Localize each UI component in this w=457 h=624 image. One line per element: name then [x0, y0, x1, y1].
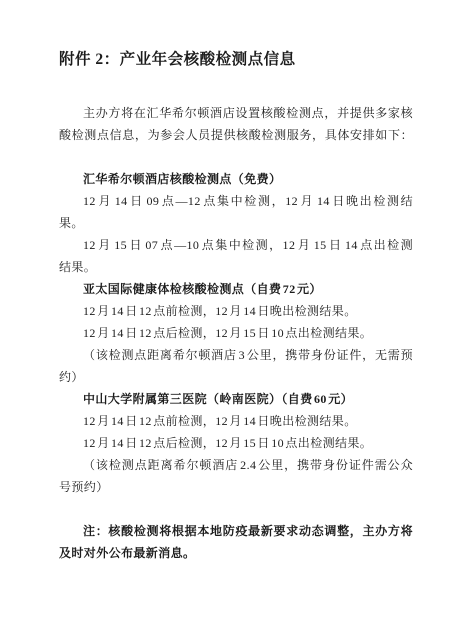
section-line: 12 月 14 日 09 点—12 点集中检测，12 月 14 日晚出检测结: [59, 190, 413, 212]
section-line: 约）: [59, 366, 413, 388]
scanned-document-page: 附件 2：产业年会核酸检测点信息 主办方将在汇华希尔顿酒店设置核酸检测点，并提供…: [0, 0, 457, 624]
section-line: 果。: [59, 212, 413, 234]
intro-line-1: 主办方将在汇华希尔顿酒店设置核酸检测点，并提供多家核: [59, 102, 413, 124]
section-line: 号预约）: [59, 476, 413, 498]
section-line: 12 月 14 日 12 点前检测，12 月 14 日晚出检测结果。: [59, 300, 413, 322]
document-title: 附件 2：产业年会核酸检测点信息: [59, 49, 413, 71]
section-heading: 中山大学附属第三医院（岭南医院）（自费 60 元）: [59, 388, 413, 410]
note-line-2: 及时对外公布最新消息。: [59, 542, 413, 564]
section-line: 12 月 14 日 12 点后检测，12 月 15 日 10 点出检测结果。: [59, 322, 413, 344]
note-paragraph: 注：核酸检测将根据本地防疫最新要求动态调整，主办方将 及时对外公布最新消息。: [59, 520, 413, 564]
section-line: 结果。: [59, 256, 413, 278]
intro-paragraph: 主办方将在汇华希尔顿酒店设置核酸检测点，并提供多家核 酸检测点信息，为参会人员提…: [59, 102, 413, 146]
section-line: （该检测点距离希尔顿酒店 3 公里，携带身份证件，无需预: [59, 344, 413, 366]
section-yatai-health-testing-point: 亚太国际健康体检核酸检测点（自费 72 元） 12 月 14 日 12 点前检测…: [59, 278, 413, 388]
intro-line-2: 酸检测点信息，为参会人员提供核酸检测服务，具体安排如下：: [59, 124, 413, 146]
section-zhongshan-hospital-testing-point: 中山大学附属第三医院（岭南医院）（自费 60 元） 12 月 14 日 12 点…: [59, 388, 413, 498]
section-line: 12 月 15 日 07 点—10 点集中检测，12 月 15 日 14 点出检…: [59, 234, 413, 256]
document-content: 附件 2：产业年会核酸检测点信息 主办方将在汇华希尔顿酒店设置核酸检测点，并提供…: [59, 49, 413, 564]
section-heading: 亚太国际健康体检核酸检测点（自费 72 元）: [59, 278, 413, 300]
note-line-1: 注：核酸检测将根据本地防疫最新要求动态调整，主办方将: [59, 520, 413, 542]
section-hilton-hotel-testing-point: 汇华希尔顿酒店核酸检测点（免费） 12 月 14 日 09 点—12 点集中检测…: [59, 168, 413, 278]
section-line: （该检测点距离希尔顿酒店 2.4 公里，携带身份证件需公众: [59, 454, 413, 476]
section-heading: 汇华希尔顿酒店核酸检测点（免费）: [59, 168, 413, 190]
section-line: 12 月 14 日 12 点前检测，12 月 14 日晚出检测结果。: [59, 410, 413, 432]
section-line: 12 月 14 日 12 点后检测，12 月 15 日 10 点出检测结果。: [59, 432, 413, 454]
